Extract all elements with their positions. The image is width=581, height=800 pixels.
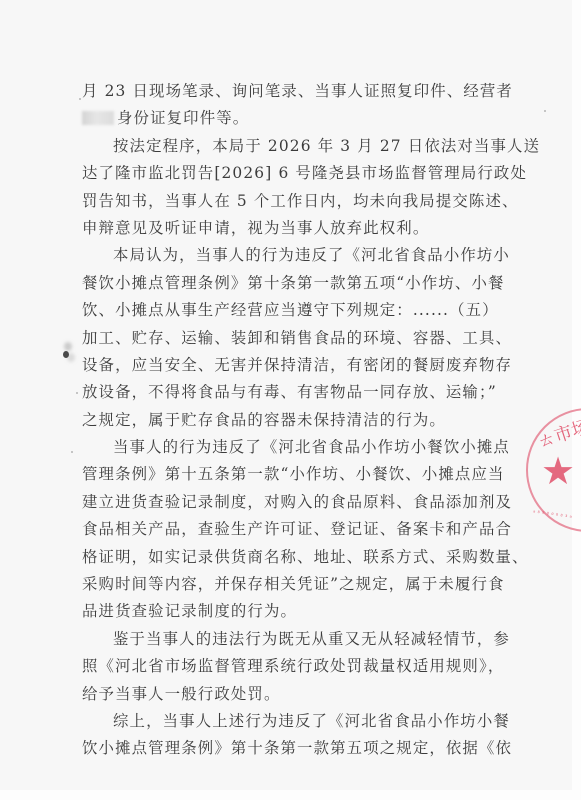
text-line: 食品相关产品，查验生产许可证、登记证、备案卡和产品合 (82, 516, 512, 543)
redacted-name (82, 111, 114, 125)
page-bottom-edge (0, 790, 581, 800)
text-line: 管理条例》第十五条第一款“小作坊、小餐饮、小摊点应当 (82, 461, 512, 488)
text-fragment: 身份证复印件等。 (117, 109, 249, 127)
text-line: 饮、小摊点从事生产经营应当遵守下列规定：......（五） (82, 297, 512, 324)
paragraph-start: 当事人的行为违反了《河北省食品小作坊小餐饮小摊点 (82, 434, 512, 461)
speck (544, 110, 546, 112)
paragraph-start: 鉴于当事人的违法行为既无从重又无从轻减轻情节，参 (82, 626, 512, 653)
speck (79, 98, 81, 100)
page-edge (572, 0, 581, 800)
text-line: 达了隆市监北罚告[2026] 6 号隆尧县市场监督管理局行政处 (82, 160, 512, 187)
speck (76, 392, 78, 394)
text-line: 品进货查验记录制度的行为。 (82, 598, 512, 625)
text-line: 罚告知书，当事人在 5 个工作日内，均未向我局提交陈述、 (82, 188, 512, 215)
text-line: 建立进货查验记录制度，对购入的食品原料、食品添加剂及 (82, 489, 512, 516)
text-line: 格证明，如实记录供货商名称、地址、联系方式、采购数量、 (82, 544, 512, 571)
seal-star-icon: ★ (541, 452, 575, 490)
text-line: 照《河北省市场监督管理系统行政处罚裁量权适用规则》， (82, 653, 512, 680)
speck (71, 451, 73, 453)
document-body: 月 23 日现场笔录、询问笔录、当事人证照复印件、经营者 身份证复印件等。 按法… (82, 78, 512, 763)
ink-smudge (63, 351, 69, 358)
paragraph-start: 本局认为，当事人的行为违反了《河北省食品小作坊小 (82, 242, 512, 269)
text-line: 月 23 日现场笔录、询问笔录、当事人证照复印件、经营者 (82, 78, 512, 105)
text-line: 采购时间等内容，并保存相关凭证”之规定，属于未履行食 (82, 571, 512, 598)
text-line: 给予当事人一般行政处罚。 (82, 681, 512, 708)
paragraph-start: 综上，当事人上述行为违反了《河北省食品小作坊小餐 (82, 708, 512, 735)
text-line: 放设备，不得将食品与有毒、有害物品一同存放、运输；” (82, 379, 512, 406)
text-line: 饮小摊点管理条例》第十条第一款第五项之规定，依据《依 (82, 735, 512, 762)
text-line: 设备，应当安全、无害并保持清洁，有密闭的餐厨废弃物存 (82, 352, 512, 379)
text-line: 之规定，属于贮存食品的容器未保持清洁的行为。 (82, 407, 512, 434)
text-line-redacted: 身份证复印件等。 (82, 105, 512, 132)
text-line: 申辩意见及听证申请，视为当事人放弃此权利。 (82, 215, 512, 242)
paragraph-start: 按法定程序，本局于 2026 年 3 月 27 日依法对当事人送 (82, 133, 512, 160)
text-line: 餐饮小摊点管理条例》第十条第一款第五项“小作坊、小餐 (82, 270, 512, 297)
text-line: 加工、贮存、运输、装卸和销售食品的环境、容器、工具、 (82, 325, 512, 352)
